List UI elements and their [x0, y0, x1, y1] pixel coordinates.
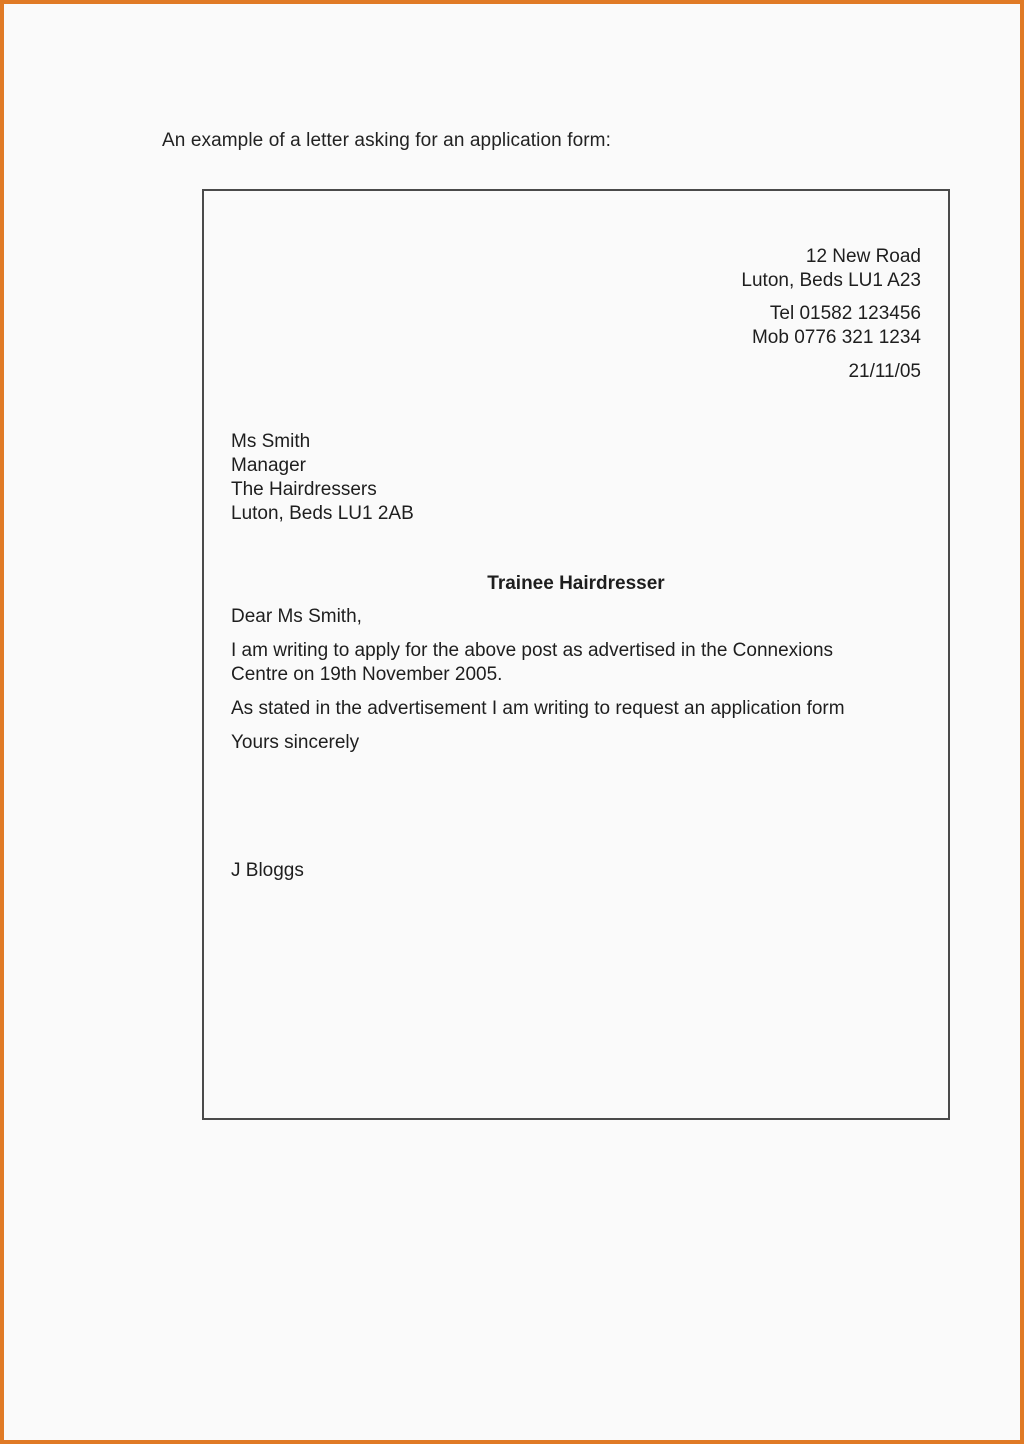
recipient-address: Luton, Beds LU1 2AB: [231, 502, 414, 526]
sender-mob: Mob 0776 321 1234: [752, 326, 921, 350]
body-paragraph2: As stated in the advertisement I am writ…: [231, 697, 845, 721]
intro-text: An example of a letter asking for an app…: [162, 130, 611, 152]
subject-heading: Trainee Hairdresser: [204, 572, 948, 596]
body-paragraph1-line2: Centre on 19th November 2005.: [231, 663, 502, 687]
letter-date: 21/11/05: [848, 360, 921, 384]
sender-address-line1: 12 New Road: [806, 245, 921, 269]
letter-box: 12 New Road Luton, Beds LU1 A23 Tel 0158…: [202, 189, 950, 1120]
recipient-title: Manager: [231, 454, 306, 478]
sender-address-line2: Luton, Beds LU1 A23: [741, 269, 921, 293]
body-paragraph1-line1: I am writing to apply for the above post…: [231, 639, 833, 663]
signature: J Bloggs: [231, 859, 304, 883]
document-page: An example of a letter asking for an app…: [0, 0, 1024, 1444]
salutation: Dear Ms Smith,: [231, 605, 362, 629]
sender-tel: Tel 01582 123456: [770, 302, 921, 326]
recipient-name: Ms Smith: [231, 430, 310, 454]
recipient-company: The Hairdressers: [231, 478, 377, 502]
closing: Yours sincerely: [231, 731, 359, 755]
